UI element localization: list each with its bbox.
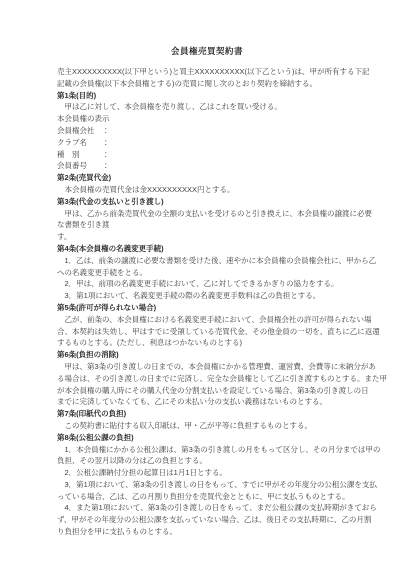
- clause-heading: 第8条(公租公課の負担): [57, 432, 357, 444]
- doc-line: 甲は、第3条の引き渡しの日までの、本会員権にかかる管理費、運営費、会費等に未納分…: [57, 361, 357, 373]
- doc-line: 本会員権の売買代金は金XXXXXXXXXX円とする。: [57, 184, 357, 196]
- doc-line: この契約書に貼付する収入印紙は、甲・乙が平等に負担するものとする。: [57, 420, 357, 432]
- clause-heading: 第1条(目的): [57, 90, 357, 102]
- doc-line: 1．本会員権にかかる公租公課は、第3条の引き渡しの月をもって区分し、その月分まで…: [57, 444, 357, 456]
- doc-line: 1．乙は、前条の譲渡に必要な書類を受けた後、速やかに本会員権の会員権会社に、甲か…: [57, 255, 357, 267]
- doc-line: す。: [57, 231, 357, 243]
- doc-line: 3．第1項において、名義変更手続の際の名義変更手数料は乙の負担とする。: [57, 290, 357, 302]
- doc-line: 負担、その翌月以降の分は乙の負担とする。: [57, 455, 357, 467]
- doc-line: 4．また第1項において、第3条の引き渡しの日をもって、まだ公租公課の支払時期がき…: [57, 502, 357, 514]
- doc-line: クラブ名 ：: [57, 137, 357, 149]
- doc-line: 甲は乙に対して、本会員権を売り渡し、乙はこれを買い受ける。: [57, 101, 357, 113]
- doc-line: 本会員権の表示: [57, 113, 357, 125]
- doc-line: 合、本契約は失効し、甲はすでに受領している売買代金、その他金員の一切を、直ちに乙…: [57, 326, 357, 338]
- doc-line: 種 別 ：: [57, 149, 357, 161]
- clause-heading: 第6条(負担の消除): [57, 349, 357, 361]
- doc-line: が本会員権の購入時にその購入代金の分割支払いを設定している場合、第3条の引き渡し…: [57, 385, 357, 397]
- doc-line: への名義変更手続をとる。: [57, 267, 357, 279]
- doc-line: するものとする。(ただし、利息はつかないものとする): [57, 337, 357, 349]
- doc-line: っている場合、乙は、乙の月割り負担分を売買代金とともに、甲に支払うものとする。: [57, 491, 357, 503]
- clause-heading: 第7条(印紙代の負担): [57, 408, 357, 420]
- contract-page: 会員権売買契約書 売主XXXXXXXXXX(以下甲という)と買主XXXXXXXX…: [0, 0, 410, 580]
- doc-line: 3．第1項において、第3条の引き渡しの日をもって、すでに甲がその年度分の公租公課…: [57, 479, 357, 491]
- doc-line: り負担分を甲に支払うものとする。: [57, 526, 357, 538]
- doc-line: 2．甲は、前項の名義変更手続において、乙に対してできるかぎりの協力をする。: [57, 278, 357, 290]
- doc-line: ず、甲がその年度分の公租公課を支払っていない場合、乙は、後日その支払時期に、乙の…: [57, 514, 357, 526]
- doc-line: までに完済していなくても、乙にその未払い分の支払い義務はないものとする。: [57, 396, 357, 408]
- doc-line: る場合は、その引き渡しの日までに完済し、完全な会員権として乙に引き渡すものとする…: [57, 373, 357, 385]
- clause-heading: 第5条(許可が得られない場合): [57, 302, 357, 314]
- document-title: 会員権売買契約書: [57, 45, 357, 57]
- doc-line: 乙が、前条の、本会員権における名義変更手続において、会員権会社の許可が得られない…: [57, 314, 357, 326]
- doc-body: 売主XXXXXXXXXX(以下甲という)と買主XXXXXXXXXX(以下乙という…: [57, 66, 357, 538]
- doc-line: 会員番号 ：: [57, 160, 357, 172]
- clause-heading: 第4条(本会員権の名義変更手続): [57, 243, 357, 255]
- doc-line: 甲は、乙から前条売買代金の全額の支払いを受けるのと引き換えに、本会員権の譲渡に必…: [57, 208, 357, 220]
- doc-line: 売主XXXXXXXXXX(以下甲という)と買主XXXXXXXXXX(以下乙という…: [57, 66, 357, 78]
- doc-line: な書類を引き渡: [57, 219, 357, 231]
- doc-line: 会員権会社 ：: [57, 125, 357, 137]
- doc-line: 2．公租公課納付分担の起算日は1月1日とする。: [57, 467, 357, 479]
- clause-heading: 第3条(代金の支払いと引き渡し): [57, 196, 357, 208]
- clause-heading: 第2条(売買代金): [57, 172, 357, 184]
- doc-line: 記載の会員権(以下本会員権とする)の売買に関し次のとおり契約を締結する。: [57, 78, 357, 90]
- contract-document: 会員権売買契約書 売主XXXXXXXXXX(以下甲という)と買主XXXXXXXX…: [57, 45, 357, 538]
